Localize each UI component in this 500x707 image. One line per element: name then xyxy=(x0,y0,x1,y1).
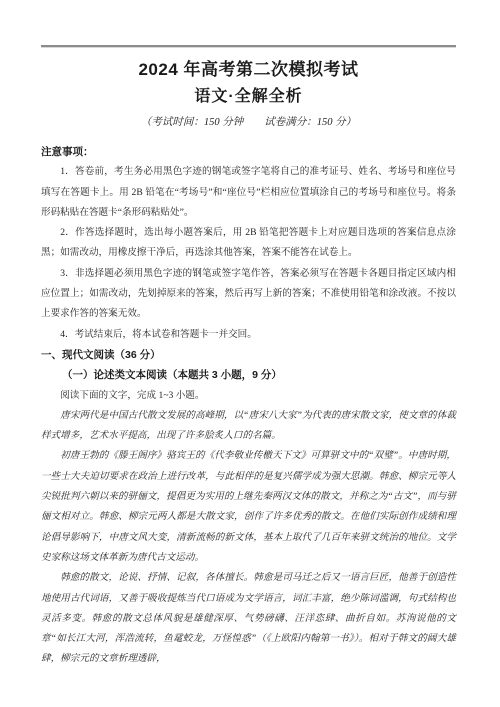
passage-paragraph-1: 唐宋两代是中国古代散文发展的高峰期，以“唐宋八大家”为代表的唐宋散文家，使文章的… xyxy=(41,406,456,447)
exam-subtitle: 语文·全解全析 xyxy=(41,86,456,108)
section-heading-modern-reading: 一、现代文阅读（36 分） xyxy=(41,345,456,365)
exam-title: 2024 年高考第二次模拟考试 xyxy=(41,58,456,82)
notice-item-1: 1．答卷前，考生务必用黑色字迹的钢笔或签字笔将自己的准考证号、姓名、考场号和座位… xyxy=(41,162,456,223)
reading-instruction: 阅读下面的文字，完成 1~3 小题。 xyxy=(41,386,456,406)
notice-item-2: 2．作答选择题时，选出每小题答案后，用 2B 铅笔把答题卡上对应题目选项的答案信… xyxy=(41,223,456,264)
exam-paper-page: 2024 年高考第二次模拟考试 语文·全解全析 （考试时间：150 分钟 试卷满… xyxy=(0,0,500,707)
exam-info-line: （考试时间：150 分钟 试卷满分：150 分） xyxy=(41,116,456,130)
header-divider xyxy=(41,45,456,48)
notice-heading: 注意事项： xyxy=(41,142,456,162)
passage-paragraph-3: 韩愈的散文，论说、抒情、记叙，各体擅长。韩愈是司马迁之后又一语言巨匠，他善于创造… xyxy=(41,568,456,669)
passage-paragraph-2: 初唐王勃的《滕王阁序》骆宾王的《代李敬业传檄天下文》可算骈文中的“双璧”。中唐时… xyxy=(41,446,456,568)
subsection-heading-argumentative-reading: （一）论述类文本阅读（本题共 3 小题，9 分） xyxy=(41,365,456,385)
notice-item-3: 3．非选择题必须用黑色字迹的钢笔或签字笔作答，答案必须写在答题卡各题目指定区域内… xyxy=(41,264,456,325)
notice-item-4: 4．考试结束后，将本试卷和答题卡一并交回。 xyxy=(41,325,456,345)
